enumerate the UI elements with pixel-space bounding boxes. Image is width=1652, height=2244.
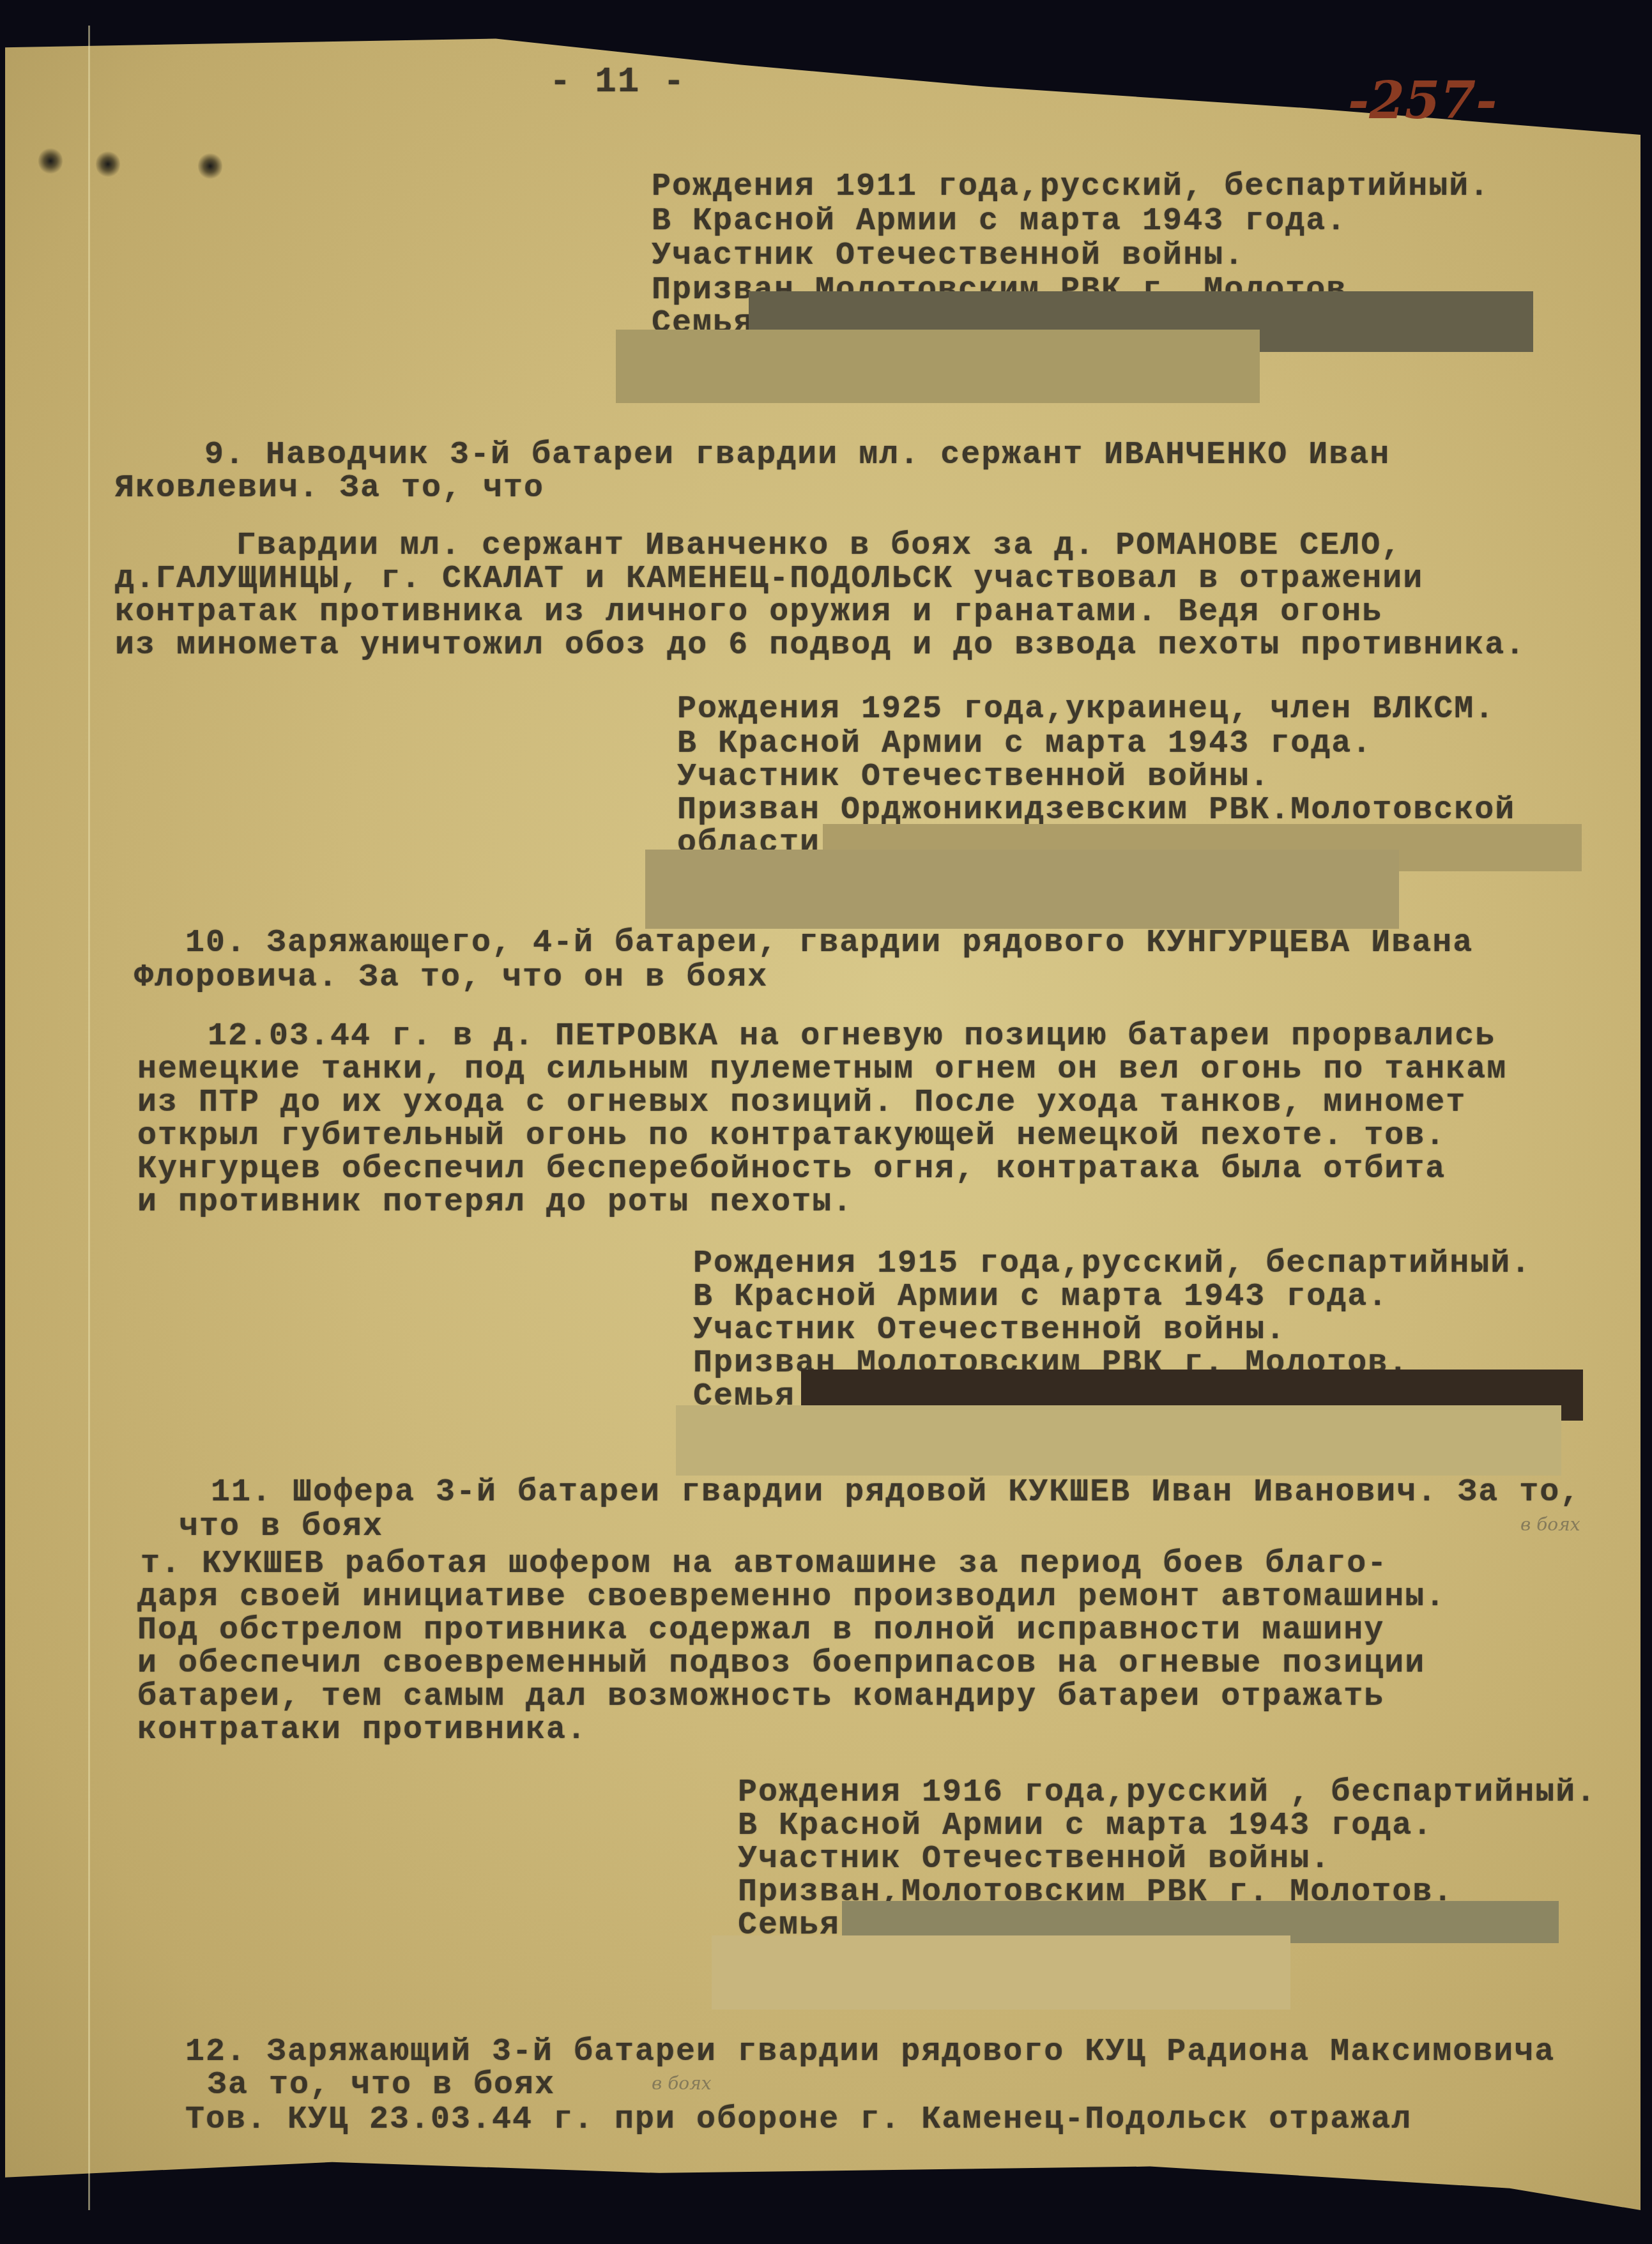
redaction-box [645, 850, 1399, 929]
punch-hole [38, 147, 63, 175]
page-number: - 11 - [549, 64, 686, 100]
page-fold-line [88, 26, 90, 2210]
archive-number-handwritten: -257- [1348, 70, 1497, 130]
redaction-box [616, 330, 1260, 403]
redaction-box [712, 1935, 1290, 2010]
pencil-annotation: в боях [1520, 1514, 1580, 1535]
pencil-annotation: в боях [652, 2073, 711, 2094]
redaction-box [676, 1405, 1561, 1476]
punch-hole [96, 150, 120, 178]
punch-hole [198, 152, 222, 180]
